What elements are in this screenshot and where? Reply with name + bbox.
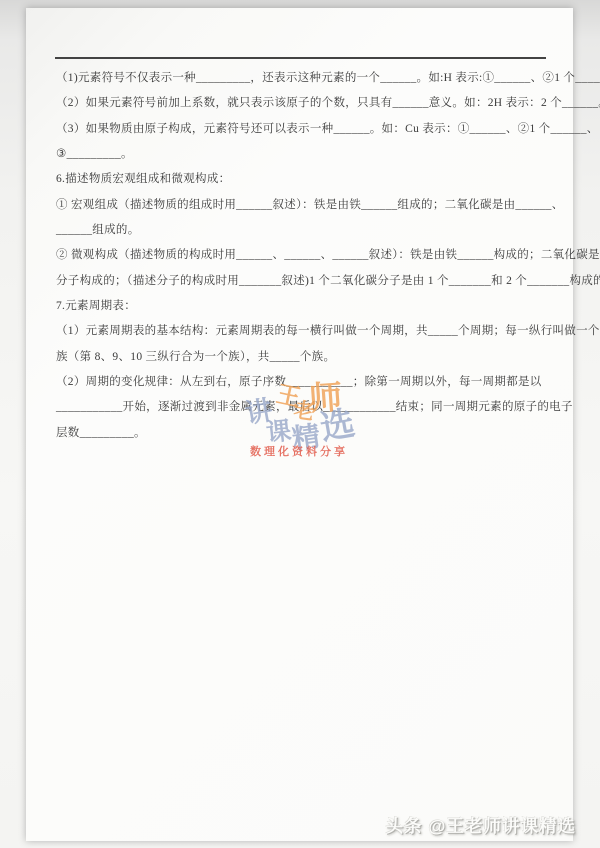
doc-line: 6.描述物质宏观组成和微观构成： — [56, 167, 550, 192]
doc-line: ___________开始，逐渐过渡到非金属元素，最后以____________… — [56, 395, 550, 420]
doc-line: （1）元素周期表的基本结构：元素周期表的每一横行叫做一个周期，共_____个周期… — [56, 319, 550, 344]
document-text-block: （1)元素符号不仅表示一种_________，还表示这种元素的一个______。… — [56, 66, 550, 446]
doc-line: （3）如果物质由原子构成，元素符号还可以表示一种______。如：Cu 表示：①… — [56, 117, 550, 142]
toutiao-watermark: 头条 @王老师讲课精选 — [386, 813, 576, 838]
doc-line: ③_________。 — [56, 142, 550, 167]
doc-line: 族（第 8、9、10 三纵行合为一个族），共_____个族。 — [56, 345, 550, 370]
header-rule — [55, 57, 546, 59]
doc-line: （2）如果元素符号前加上系数，就只表示该原子的个数，只具有______意义。如：… — [56, 91, 550, 116]
doc-line: 分子构成的；（描述分子的构成时用_______叙述)1 个二氧化碳分子是由 1 … — [56, 269, 550, 294]
doc-line: ② 微观构成（描述物质的构成时用______、______、______叙述）：… — [56, 243, 550, 268]
doc-line: ______组成的。 — [56, 218, 550, 243]
doc-line: ① 宏观组成（描述物质的组成时用______叙述）：铁是由铁______组成的；… — [56, 193, 550, 218]
doc-line: 层数_________。 — [56, 421, 550, 446]
scanned-document-canvas: （1)元素符号不仅表示一种_________，还表示这种元素的一个______。… — [0, 0, 600, 848]
doc-line: 7.元素周期表： — [56, 294, 550, 319]
doc-line: （2）周期的变化规律：从左到右，原子序数___________；除第一周期以外，… — [56, 370, 550, 395]
doc-line: （1)元素符号不仅表示一种_________，还表示这种元素的一个______。… — [56, 66, 550, 91]
